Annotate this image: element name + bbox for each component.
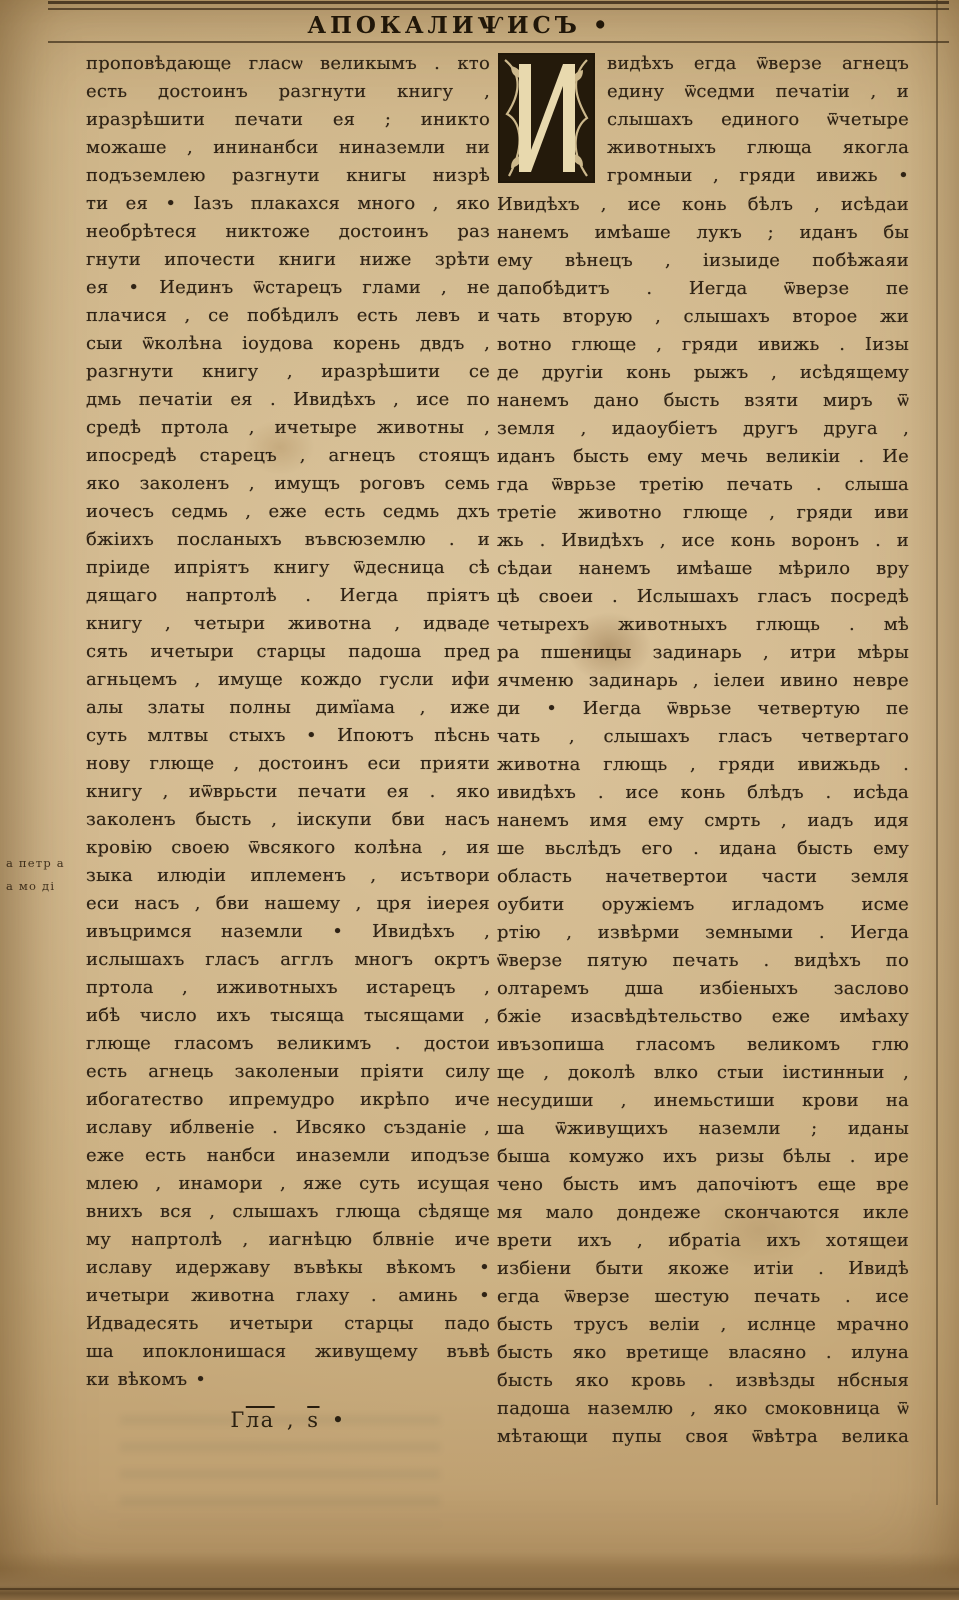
text-line: быша комужо ихъ ризы бѣлы . ире <box>497 1143 909 1171</box>
text-line: еси насъ , бви нашему , цря іиерея <box>86 890 490 918</box>
text-line: ше вьслѣдъ его . идана бысть ему <box>497 835 909 863</box>
text-line: ивъцримся наземли • Ивидѣхъ , <box>86 918 490 946</box>
text-line: проповѣдающе гласѡ великымъ . кто <box>86 50 490 78</box>
text-line: видѣхъ егда ѿверзе агнецъ <box>607 50 909 78</box>
text-line: му напртолѣ , иагнѣцю блвніе иче <box>86 1226 490 1254</box>
text-line: нанемъ имя ему смрть , иадъ идя <box>497 807 909 835</box>
text-line: четырехъ животныхъ глющь . мѣ <box>497 611 909 639</box>
text-line: ѿверзе пятую печать . видѣхъ по <box>497 947 909 975</box>
text-line: бысть яко кровь . извѣзды нбсныя <box>497 1367 909 1395</box>
running-title-text: АПОКАЛИѰИСЪ <box>307 12 580 39</box>
text-line: яко заколенъ , имущъ роговъ семь <box>86 470 490 498</box>
text-line: пріиде ипріятъ книгу ѿдесница сѣ <box>86 554 490 582</box>
right-text-column: видѣхъ егда ѿверзе агнецъедину ѿседми пе… <box>497 50 909 1451</box>
text-line: агньцемъ , имуще кождо гусли ифи <box>86 666 490 694</box>
text-line: гнути ипочести книги ниже зрѣти <box>86 246 490 274</box>
text-line: бысть яко вретище власяно . илуна <box>497 1339 909 1367</box>
text-line: едину ѿседми печатіи , и <box>607 78 909 106</box>
text-line: олтаремъ дша избіеныхъ заслово <box>497 975 909 1003</box>
text-line: ки вѣкомъ • <box>86 1366 490 1394</box>
chapter-word-titlo: ла <box>246 1408 275 1432</box>
chapter-heading: Гла , ѕ • <box>86 1408 490 1432</box>
text-line: мя мало дондеже скончаются икле <box>497 1199 909 1227</box>
chapter-word: Г <box>230 1408 245 1432</box>
chapter-numeral: ѕ <box>307 1408 319 1432</box>
book-page-scan: АПОКАЛИѰИСЪ • а петр а а мо ді проповѣда… <box>0 0 959 1600</box>
text-line: оубити оружіемъ игладомъ исме <box>497 891 909 919</box>
ornate-initial-woodcut-icon <box>497 50 597 186</box>
text-line: чать вторую , слышахъ второе жи <box>497 303 909 331</box>
text-line: нанемъ дано бысть взяти миръ ѿ <box>497 387 909 415</box>
text-line: де другіи конь рыжъ , исѣдящему <box>497 359 909 387</box>
text-line: дящаго напртолѣ . Иегда пріятъ <box>86 582 490 610</box>
text-line: заколенъ бысть , іискупи бви насъ <box>86 806 490 834</box>
running-title-bullet: • <box>593 12 612 39</box>
text-line: мѣтающи пупы своя ѿвѣтра велика <box>497 1423 909 1451</box>
text-line: нанемъ имѣаше лукъ ; иданъ бы <box>497 219 909 247</box>
text-line: подъземлею разгнути книгы низрѣ <box>86 162 490 190</box>
text-line: ртію , извѣрми земными . Иегда <box>497 919 909 947</box>
running-title: АПОКАЛИѰИСЪ • <box>0 12 919 39</box>
text-line: книгу , иѿврьсти печати ея . яко <box>86 778 490 806</box>
opening-lines: видѣхъ егда ѿверзе агнецъедину ѿседми пе… <box>607 50 909 191</box>
page-block-bottom-edge <box>0 1552 959 1600</box>
text-line: несудиши , инемьстиши крови на <box>497 1087 909 1115</box>
text-line: ячменю задинарь , іелеи ивино невре <box>497 667 909 695</box>
text-line: суть млтвы стыхъ • Ипоютъ пѣснь <box>86 722 490 750</box>
chapter-comma: , <box>287 1408 295 1432</box>
text-line: чать , слышахъ гласъ четвертаго <box>497 723 909 751</box>
text-line: сыи ѿколѣна іоудова корень двдъ , <box>86 330 490 358</box>
text-line: дапобѣдитъ . Иегда ѿверзе пе <box>497 275 909 303</box>
text-line: третіе животно глюще , гряди иви <box>497 499 909 527</box>
margin-note-line: а петр а <box>6 852 78 875</box>
margin-note-line: а мо ді <box>6 875 78 898</box>
text-line: Ивидѣхъ , исе конь бѣлъ , исѣдаи <box>497 191 909 219</box>
text-line: ичетыри животна глаху . аминь • <box>86 1282 490 1310</box>
text-line: плачися , се побѣдилъ есть левъ и <box>86 302 490 330</box>
text-line: избіени быти якоже итіи . Ивидѣ <box>497 1255 909 1283</box>
text-line: еже есть нанбси иназемли иподъзе <box>86 1142 490 1170</box>
text-line: ему вѣнецъ , іизыиде побѣжаяи <box>497 247 909 275</box>
text-line: ти ея • Іазъ плакахся много , яко <box>86 190 490 218</box>
text-line: громныи , гряди ивижь • <box>607 162 909 190</box>
text-line: область начетвертои части земля <box>497 863 909 891</box>
opening-paragraph: видѣхъ егда ѿверзе агнецъедину ѿседми пе… <box>497 50 909 191</box>
text-line: цѣ своеи . Ислышахъ гласъ посредѣ <box>497 583 909 611</box>
text-line: книгу , четыри животна , идваде <box>86 610 490 638</box>
text-line: чено бысть имъ дапочіютъ еще вре <box>497 1171 909 1199</box>
text-line: животныхъ глюща якогла <box>607 134 909 162</box>
text-line: пртола , иживотныхъ истарецъ , <box>86 974 490 1002</box>
text-line: ша ѿживущихъ наземли ; иданы <box>497 1115 909 1143</box>
top-border-rule-inner <box>48 8 949 10</box>
text-line: гда ѿврьзе третію печать . слыша <box>497 471 909 499</box>
text-line: врети ихъ , ибратіа ихъ хотящеи <box>497 1227 909 1255</box>
right-margin-rule <box>936 0 938 1505</box>
text-line: ибѣ число ихъ тысяща тысящами , <box>86 1002 490 1030</box>
chapter-bullet: • <box>332 1408 346 1432</box>
text-line: средѣ пртола , ичетыре животны , <box>86 414 490 442</box>
text-line: ислышахъ гласъ агглъ многъ окртъ <box>86 946 490 974</box>
text-line: зыка илюдіи иплеменъ , исътвори <box>86 862 490 890</box>
text-line: ибогатество ипремудро икрѣпо иче <box>86 1086 490 1114</box>
text-line: необрѣтеся никтоже достоинъ раз <box>86 218 490 246</box>
text-line: ди • Иегда ѿврьзе четвертую пе <box>497 695 909 723</box>
text-line: ша ипоклонишася живущему въвѣ <box>86 1338 490 1366</box>
text-line: ще , доколѣ влко стыи іистинныи , <box>497 1059 909 1087</box>
text-line: иславу иблвеніе . Ивсяко създаніе , <box>86 1114 490 1142</box>
text-line: ивидѣхъ . исе конь блѣдъ . исѣда <box>497 779 909 807</box>
text-line: слышахъ единого ѿчетыре <box>607 106 909 134</box>
drop-cap-initial <box>497 50 597 191</box>
text-line: животна глющь , гряди ивижьдь . <box>497 751 909 779</box>
text-line: иочесъ седмь , еже есть седмь дхъ <box>86 498 490 526</box>
text-line: Идвадесять ичетыри старцы падо <box>86 1310 490 1338</box>
text-line: есть достоинъ разгнути книгу , <box>86 78 490 106</box>
text-line: бжіихъ посланыхъ въвсюземлю . и <box>86 526 490 554</box>
header-divider-rule <box>48 41 949 43</box>
text-line: земля , идаоубіетъ другъ друга , <box>497 415 909 443</box>
left-column-lines: проповѣдающе гласѡ великымъ . ктоесть до… <box>86 50 490 1394</box>
text-line: жь . Ивидѣхъ , исе конь воронъ . и <box>497 527 909 555</box>
text-line: сѣдаи нанемъ имѣаше мѣрило вру <box>497 555 909 583</box>
text-line: есть агнець заколеныи пріяти силу <box>86 1058 490 1086</box>
text-line: можаше , ининанбси ниназемли ни <box>86 134 490 162</box>
margin-reference-note: а петр а а мо ді <box>6 852 78 898</box>
text-line: алы златы полны димїама , иже <box>86 694 490 722</box>
right-column-lines: Ивидѣхъ , исе конь бѣлъ , исѣдаинанемъ и… <box>497 191 909 1451</box>
text-line: ра пшеницы задинарь , итри мѣры <box>497 639 909 667</box>
text-line: падоша наземлю , яко смоковница ѿ <box>497 1395 909 1423</box>
text-line: кровію своею ѿвсякого колѣна , ия <box>86 834 490 862</box>
text-line: нову глюще , достоинъ еси прияти <box>86 750 490 778</box>
text-line: ипосредѣ старецъ , агнецъ стоящъ <box>86 442 490 470</box>
text-line: бысть трусъ веліи , ислнце мрачно <box>497 1311 909 1339</box>
text-line: дмь печатіи ея . Ивидѣхъ , исе по <box>86 386 490 414</box>
text-line: разгнути книгу , иразрѣшити се <box>86 358 490 386</box>
text-line: глюще гласомъ великимъ . достои <box>86 1030 490 1058</box>
text-line: ея • Иединъ ѿстарецъ глами , не <box>86 274 490 302</box>
text-line: ивъзопиша гласомъ великомъ глю <box>497 1031 909 1059</box>
top-border-rule <box>48 1 949 4</box>
text-line: иславу идержаву въвѣкы вѣкомъ • <box>86 1254 490 1282</box>
text-line: иданъ бысть ему мечь великіи . Ие <box>497 443 909 471</box>
text-line: егда ѿверзе шестую печать . исе <box>497 1283 909 1311</box>
text-line: внихъ вся , слышахъ глюща сѣдяще <box>86 1198 490 1226</box>
text-line: сять ичетыри старцы падоша пред <box>86 638 490 666</box>
text-line: вотно глюще , гряди ивижь . Іизы <box>497 331 909 359</box>
text-line: иразрѣшити печати ея ; иникто <box>86 106 490 134</box>
text-line: млею , инамори , яже суть исущая <box>86 1170 490 1198</box>
text-line: бжіе изасвѣдѣтельство еже имѣаху <box>497 1003 909 1031</box>
left-text-column: проповѣдающе гласѡ великымъ . ктоесть до… <box>86 50 490 1432</box>
